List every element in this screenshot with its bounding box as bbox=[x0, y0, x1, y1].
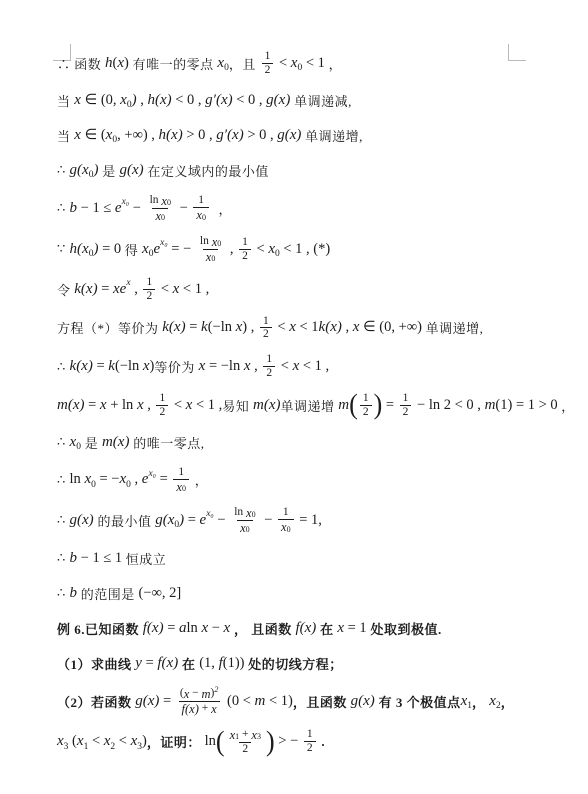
line-08: 方程（*）等价为 k(x) = k(−ln x) , 12 < x < 1k(x… bbox=[57, 315, 548, 342]
math-token: 0 bbox=[287, 526, 291, 535]
text-run: 等价为 bbox=[154, 357, 198, 376]
text-run: 得 bbox=[125, 240, 142, 259]
text-run: ， bbox=[325, 54, 342, 73]
text-run: ∴ bbox=[57, 434, 70, 450]
math-token: ln bbox=[150, 194, 162, 207]
text-run: ∴ bbox=[57, 550, 70, 566]
text-run: 单调递减, bbox=[290, 91, 352, 110]
text-run: ， bbox=[472, 692, 489, 711]
math-token: ln bbox=[187, 620, 202, 637]
math-token: < 1 , bbox=[192, 397, 222, 414]
math-token: , bbox=[144, 397, 155, 414]
text-run: 的最小值 bbox=[94, 511, 156, 530]
math-token: 1 bbox=[265, 50, 271, 63]
math-token: < 1 , bbox=[179, 281, 209, 298]
math-token: 1 bbox=[159, 392, 165, 405]
text-run: 在 bbox=[178, 654, 199, 673]
math-token: 0 bbox=[174, 520, 179, 530]
math-token: − ln 2 < 0 , bbox=[413, 397, 484, 414]
math-token: < 1 bbox=[296, 319, 319, 336]
math-token: 2 bbox=[263, 328, 269, 341]
math-variable: x bbox=[120, 92, 127, 109]
math-token: 0 bbox=[246, 526, 250, 535]
math-token: 1 bbox=[266, 353, 272, 366]
fraction: 12 bbox=[239, 236, 251, 263]
math-variable: g(x) bbox=[70, 512, 94, 529]
math-token: − bbox=[261, 512, 276, 529]
document-body: ∴ 函数 h(x) 有唯一的零点 x0，且 12 < x0 < 1 ，当 x ∈… bbox=[57, 50, 548, 768]
math-token: 0 bbox=[76, 442, 81, 452]
math-token: < 1) bbox=[265, 693, 293, 710]
text-run: ， bbox=[211, 199, 232, 218]
text-run: （2）若函数 bbox=[57, 692, 135, 711]
text-run: 是 bbox=[98, 161, 119, 180]
math-token: > − bbox=[275, 733, 302, 750]
math-variable: x bbox=[268, 241, 275, 258]
math-variable: h bbox=[105, 55, 113, 72]
math-variable: x bbox=[106, 127, 113, 144]
text-run: 当 bbox=[57, 91, 74, 110]
math-token: (0 < bbox=[223, 693, 254, 710]
math-token: < 0 , bbox=[233, 92, 267, 109]
math-token: , bbox=[137, 92, 148, 109]
fraction: 1x0 bbox=[173, 466, 189, 494]
math-token: = 0 bbox=[98, 241, 124, 258]
math-variable: f(x) bbox=[182, 702, 199, 716]
math-token: + ln bbox=[107, 397, 137, 414]
text-run: ∴ bbox=[57, 359, 70, 375]
math-variable: x bbox=[137, 397, 144, 414]
math-token: (−ln bbox=[208, 319, 236, 336]
math-variable: x bbox=[201, 620, 208, 637]
math-token: x₀ bbox=[122, 197, 130, 207]
line-09: ∴ k(x) = k(−ln x)等价为 x = −ln x , 12 < x … bbox=[57, 353, 548, 380]
math-variable: g(x bbox=[155, 512, 174, 529]
line-06: ∵ h(x0) = 0 得 x0ex₀ = − ln x0x0 , 12 < x… bbox=[57, 235, 548, 264]
line-16: 例 6.已知函数 f(x) = aln x − x ， 且函数 f(x) 在 x… bbox=[57, 617, 548, 640]
text-run: . bbox=[318, 734, 326, 750]
math-variable: x bbox=[100, 397, 107, 414]
math-token: , bbox=[131, 281, 142, 298]
math-variable: a bbox=[179, 620, 187, 637]
math-token: 2 bbox=[146, 290, 152, 303]
math-variable: y bbox=[135, 655, 142, 672]
math-variable: x bbox=[84, 471, 91, 488]
math-variable: x bbox=[489, 693, 496, 710]
math-token: 2 bbox=[159, 406, 165, 419]
text-run: 在定义域内的最小值 bbox=[144, 161, 269, 180]
line-19: x3 (x1 < x2 < x3)，证明： ln(x1 + x32) > − 1… bbox=[57, 728, 548, 756]
math-token: 1 bbox=[146, 276, 152, 289]
fraction: ln x0x0 bbox=[147, 194, 174, 223]
math-token: > 0 , bbox=[244, 127, 278, 144]
math-variable: x bbox=[142, 241, 149, 258]
math-variable: f(x) bbox=[295, 620, 316, 637]
math-variable: f(x) bbox=[157, 655, 178, 672]
math-token: = 1, bbox=[296, 512, 322, 529]
math-variable: x bbox=[57, 733, 64, 750]
line-07: 令 k(x) = xex , 12 < x < 1 , bbox=[57, 276, 548, 303]
math-token: < bbox=[157, 281, 172, 298]
math-token: 2 bbox=[265, 64, 271, 77]
math-token: < 1 , bbox=[299, 358, 329, 375]
math-token: 0 bbox=[297, 63, 302, 73]
text-run: 令 bbox=[57, 280, 74, 299]
math-variable: xe bbox=[113, 281, 126, 298]
math-token: < 0 , bbox=[172, 92, 206, 109]
math-token: < bbox=[115, 733, 130, 750]
text-run: 恒成立 bbox=[126, 549, 167, 568]
math-token: ln bbox=[200, 235, 212, 248]
math-token: ( bbox=[216, 728, 225, 756]
math-variable: h(x) bbox=[147, 92, 171, 109]
math-variable: h(x bbox=[70, 241, 89, 258]
math-token: − bbox=[214, 512, 229, 529]
math-token: = bbox=[98, 281, 113, 298]
math-token: = bbox=[164, 620, 179, 637]
math-token: < bbox=[274, 319, 289, 336]
math-token: 0 bbox=[112, 135, 117, 145]
math-token: , bbox=[131, 471, 142, 488]
math-token: 1 bbox=[198, 194, 204, 207]
line-11: ∴ x0 是 m(x) 的唯一零点, bbox=[57, 431, 548, 454]
math-variable: m bbox=[338, 397, 349, 414]
math-variable: b bbox=[70, 585, 78, 602]
fraction: 12 bbox=[400, 392, 412, 419]
fraction: 12 bbox=[263, 353, 275, 380]
text-run: 在 bbox=[316, 619, 337, 638]
math-variable: m bbox=[485, 397, 496, 414]
math-token: = 1 bbox=[344, 620, 367, 637]
text-run: （1）求曲线 bbox=[57, 654, 135, 673]
math-token: − bbox=[189, 687, 201, 700]
math-variable: x bbox=[217, 55, 224, 72]
math-variable: x bbox=[244, 358, 251, 375]
math-variable: k(x) bbox=[70, 358, 93, 375]
math-token: − bbox=[176, 200, 191, 217]
fraction: 1x0 bbox=[278, 506, 294, 534]
math-variable: g(x) bbox=[266, 92, 290, 109]
math-token: (−∞, 2] bbox=[139, 585, 182, 602]
math-token: − bbox=[208, 620, 223, 637]
text-run: ， bbox=[501, 692, 515, 711]
math-token: = bbox=[186, 319, 201, 336]
math-token: − bbox=[129, 200, 144, 217]
math-token: (1, bbox=[199, 655, 218, 672]
math-variable: x bbox=[236, 319, 243, 336]
math-variable: x bbox=[117, 55, 124, 72]
math-token: 2 bbox=[242, 743, 248, 756]
math-token: 0 bbox=[224, 63, 229, 73]
line-17: （1）求曲线 y = f(x) 在 (1, f(1)) 处的切线方程； bbox=[57, 652, 548, 675]
math-variable: k(x) bbox=[74, 281, 97, 298]
math-token: 0 bbox=[217, 240, 221, 249]
text-run: 例 6.已知函数 bbox=[57, 619, 143, 638]
math-variable: x bbox=[353, 319, 360, 336]
math-variable: x bbox=[289, 319, 296, 336]
math-variable: h(x) bbox=[159, 127, 183, 144]
fraction: 1x0 bbox=[193, 194, 209, 222]
math-variable: m bbox=[255, 693, 266, 710]
math-token: 1 bbox=[178, 466, 184, 479]
text-run: ∴ bbox=[57, 512, 70, 528]
math-variable: x bbox=[211, 702, 217, 716]
math-token: 2 bbox=[214, 686, 218, 695]
text-run: ∴ bbox=[57, 162, 70, 178]
math-variable: x bbox=[77, 733, 84, 750]
math-token: < 1 bbox=[302, 55, 325, 72]
math-variable: k bbox=[201, 319, 208, 336]
math-token: < bbox=[277, 358, 292, 375]
fraction: 12 bbox=[360, 392, 372, 419]
math-token: 0 bbox=[182, 485, 186, 494]
math-variable: x bbox=[74, 127, 81, 144]
math-variable: b bbox=[70, 550, 78, 567]
math-token: (1) = 1 > 0 bbox=[495, 397, 561, 414]
math-token: 1 bbox=[403, 392, 409, 405]
math-token: x₀ bbox=[160, 238, 168, 248]
fraction: 12 bbox=[260, 315, 272, 342]
math-variable: x bbox=[70, 434, 77, 451]
math-token: x₀ bbox=[148, 469, 156, 479]
math-token: 0 bbox=[202, 214, 206, 223]
math-token: ln bbox=[70, 471, 85, 488]
math-token: = − bbox=[96, 471, 120, 488]
math-token: = bbox=[184, 512, 199, 529]
math-variable: m(x) bbox=[102, 434, 129, 451]
math-variable: x bbox=[173, 281, 180, 298]
fraction: 12 bbox=[304, 728, 316, 755]
math-token: = bbox=[382, 397, 397, 414]
math-variable: e bbox=[115, 200, 122, 217]
math-token: 1 bbox=[84, 742, 89, 752]
math-token: 0 bbox=[149, 249, 154, 259]
fraction: ln x0x0 bbox=[231, 506, 258, 535]
fraction: (x − m)2f(x) + x bbox=[177, 687, 222, 716]
math-variable: m(x) bbox=[57, 397, 84, 414]
line-12: ∴ ln x0 = −x0 , ex₀ = 1x0 ， bbox=[57, 466, 548, 494]
text-run: ， bbox=[191, 470, 208, 489]
text-run: 当 bbox=[57, 126, 74, 145]
text-run: ，证明： bbox=[147, 732, 205, 751]
math-variable: g(x) bbox=[119, 162, 143, 179]
text-run: ∴ 函数 bbox=[57, 54, 105, 73]
text-run: ∴ bbox=[57, 585, 70, 601]
math-token: (−ln bbox=[115, 358, 143, 375]
text-run: 的范围是 bbox=[77, 584, 139, 603]
math-token: + bbox=[239, 728, 251, 741]
math-token: 3 bbox=[64, 742, 69, 752]
fraction: x1 + x32 bbox=[227, 728, 264, 756]
math-token: , bbox=[342, 319, 353, 336]
math-variable: x bbox=[337, 620, 344, 637]
line-18: （2）若函数 g(x) = (x − m)2f(x) + x (0 < m < … bbox=[57, 687, 548, 716]
text-run: 有唯一的零点 bbox=[129, 54, 218, 73]
math-variable: x bbox=[143, 358, 150, 375]
math-token: ∈ ( bbox=[81, 127, 106, 144]
math-variable: k(x) bbox=[162, 319, 185, 336]
line-02: 当 x ∈ (0, x0) , h(x) < 0 , g′(x) < 0 , g… bbox=[57, 89, 548, 112]
math-variable: g′(x) bbox=[216, 127, 243, 144]
math-token: 2 bbox=[496, 701, 501, 711]
math-token: 1 bbox=[307, 728, 313, 741]
text-run: 是 bbox=[81, 433, 102, 452]
math-variable: x bbox=[461, 693, 468, 710]
text-run: 方程（*）等价为 bbox=[57, 318, 162, 337]
math-variable: x bbox=[224, 620, 231, 637]
text-run: ， bbox=[561, 396, 575, 415]
math-token: 3 bbox=[137, 742, 142, 752]
math-token: − 1 ≤ 1 bbox=[77, 550, 126, 567]
math-token: ∈ (0, +∞) bbox=[359, 319, 425, 336]
fraction: ln x0x0 bbox=[197, 235, 224, 264]
math-variable: x bbox=[293, 358, 300, 375]
math-token: 0 bbox=[89, 249, 94, 259]
math-token: , bbox=[226, 241, 237, 258]
math-variable: m bbox=[202, 687, 211, 701]
math-token: 0 bbox=[252, 511, 256, 520]
text-run: 单调递增, bbox=[426, 318, 484, 337]
math-variable: x bbox=[291, 55, 298, 72]
math-variable: b bbox=[70, 200, 78, 217]
math-token: x₀ bbox=[206, 509, 214, 519]
line-15: ∴ b 的范围是 (−∞, 2] bbox=[57, 582, 548, 605]
math-token: 0 bbox=[89, 170, 94, 180]
fraction: 12 bbox=[143, 276, 155, 303]
math-token: < bbox=[253, 241, 268, 258]
math-variable: x bbox=[199, 358, 206, 375]
text-run: 有 3 个极值点 bbox=[375, 692, 461, 711]
math-variable: k(x) bbox=[319, 319, 342, 336]
math-token: ) bbox=[374, 391, 383, 419]
line-01: ∴ 函数 h(x) 有唯一的零点 x0，且 12 < x0 < 1 ， bbox=[57, 50, 548, 77]
line-05: ∴ b − 1 ≤ ex₀ − ln x0x0 − 1x0 ， bbox=[57, 194, 548, 223]
text-run: 易知 bbox=[222, 396, 253, 415]
math-token: 2 bbox=[363, 406, 369, 419]
text-run: ， 且函数 bbox=[230, 619, 295, 638]
math-variable: x bbox=[119, 471, 126, 488]
math-variable: x bbox=[131, 733, 138, 750]
math-token: 1 bbox=[363, 392, 369, 405]
math-token: 0 bbox=[211, 255, 215, 264]
math-token: ln bbox=[205, 733, 216, 750]
math-token: 2 bbox=[307, 742, 313, 755]
text-run: ，且函数 bbox=[293, 692, 351, 711]
math-token: (1)) bbox=[223, 655, 245, 672]
math-variable: f(x) bbox=[143, 620, 164, 637]
math-token: = bbox=[84, 397, 99, 414]
fraction: 12 bbox=[262, 50, 274, 77]
text-run: 处的切线方程； bbox=[244, 654, 342, 673]
math-token: x bbox=[126, 278, 130, 288]
math-token: < bbox=[170, 397, 185, 414]
math-token: − 1 ≤ bbox=[77, 200, 115, 217]
math-token: > 0 , bbox=[183, 127, 217, 144]
math-token: 1 bbox=[283, 506, 289, 519]
text-run: ∴ bbox=[57, 200, 70, 216]
math-token: ) , bbox=[242, 319, 258, 336]
text-run: ，且 bbox=[229, 54, 260, 73]
math-token: 2 bbox=[266, 367, 272, 380]
math-token: ( bbox=[68, 733, 76, 750]
math-variable: k bbox=[108, 358, 115, 375]
text-run: 的唯一零点, bbox=[129, 433, 204, 452]
math-token: ln bbox=[234, 506, 246, 519]
text-run: 处取到极值. bbox=[367, 619, 442, 638]
line-04: ∴ g(x0) 是 g(x) 在定义域内的最小值 bbox=[57, 159, 548, 182]
math-token: 0 bbox=[161, 214, 165, 223]
math-token: 2 bbox=[403, 406, 409, 419]
math-token: 0 bbox=[126, 480, 131, 490]
math-token: = − bbox=[168, 241, 195, 258]
math-variable: g(x) bbox=[277, 127, 301, 144]
math-token: = −ln bbox=[205, 358, 244, 375]
math-variable: x bbox=[104, 733, 111, 750]
math-variable: g(x) bbox=[135, 693, 159, 710]
math-token: = bbox=[93, 358, 108, 375]
math-variable: g′(x) bbox=[205, 92, 232, 109]
math-variable: g(x) bbox=[351, 693, 375, 710]
math-token: ) bbox=[266, 728, 275, 756]
text-run: 单调递增 bbox=[281, 396, 339, 415]
math-token: 0 bbox=[275, 249, 280, 259]
math-variable: m(x) bbox=[253, 397, 280, 414]
text-run: 单调递增, bbox=[301, 126, 363, 145]
math-token: = bbox=[142, 655, 157, 672]
text-run: ∵ bbox=[57, 241, 70, 257]
math-token: ( bbox=[349, 391, 358, 419]
math-token: < bbox=[88, 733, 103, 750]
fraction: 12 bbox=[156, 392, 168, 419]
math-token: = bbox=[159, 693, 174, 710]
line-03: 当 x ∈ (x0, +∞) , h(x) > 0 , g′(x) > 0 , … bbox=[57, 124, 548, 147]
math-token: 3 bbox=[257, 733, 261, 742]
math-token: < bbox=[275, 55, 290, 72]
math-token: 0 bbox=[167, 199, 171, 208]
math-token: , bbox=[251, 358, 262, 375]
math-token: 2 bbox=[110, 742, 115, 752]
text-run: ∴ bbox=[57, 472, 70, 488]
math-token: , +∞) , bbox=[117, 127, 158, 144]
math-token: 1 bbox=[242, 236, 248, 249]
math-token: 1 bbox=[467, 701, 472, 711]
math-variable: x bbox=[74, 92, 81, 109]
math-token: 0 bbox=[127, 100, 132, 110]
line-14: ∴ b − 1 ≤ 1 恒成立 bbox=[57, 547, 548, 570]
math-token: < 1 , (*) bbox=[280, 241, 330, 258]
math-token: 2 bbox=[242, 250, 248, 263]
math-token: + bbox=[199, 702, 211, 715]
math-token: 0 bbox=[91, 480, 96, 490]
math-token: = bbox=[156, 471, 171, 488]
math-token: 1 bbox=[235, 733, 239, 742]
math-variable: x bbox=[186, 397, 193, 414]
math-token: 1 bbox=[263, 315, 269, 328]
math-variable: g(x bbox=[70, 162, 89, 179]
line-13: ∴ g(x) 的最小值 g(x0) = ex₀ − ln x0x0 − 1x0 … bbox=[57, 506, 548, 535]
math-token: ∈ (0, bbox=[81, 92, 120, 109]
line-10: m(x) = x + ln x , 12 < x < 1 ,易知 m(x)单调递… bbox=[57, 392, 548, 419]
